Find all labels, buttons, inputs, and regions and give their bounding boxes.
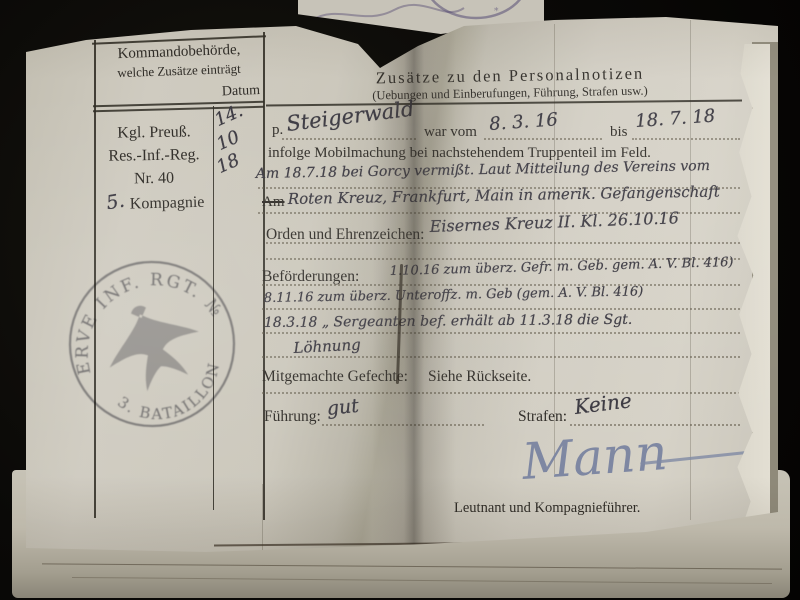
date-entry-day: 14. bbox=[211, 100, 246, 131]
gefechte-value: Siehe Rückseite. bbox=[428, 368, 531, 386]
torn-page-edge bbox=[726, 44, 770, 536]
date-entry-year: 18 bbox=[213, 149, 242, 178]
unit-line1: Kgl. Preuß. bbox=[98, 123, 210, 143]
bef-rule-1 bbox=[262, 284, 740, 286]
date-entry-month: 10 bbox=[213, 126, 242, 155]
befoerderung-entry-2: 8.11.16 zum überz. Unteroffz. m. Geb (ge… bbox=[264, 284, 644, 306]
fuehrung-rule bbox=[322, 424, 484, 426]
datum-column-label: Datum bbox=[202, 83, 261, 101]
bef-rule-4 bbox=[262, 356, 740, 358]
date-to-rule bbox=[632, 138, 740, 140]
photo-background: * Kommandobehörde, welche Zusätze einträ… bbox=[0, 0, 800, 600]
bis-label: bis bbox=[610, 124, 628, 141]
fuehrung-label: Führung: bbox=[264, 408, 321, 426]
unit-line3: Nr. 40 bbox=[98, 169, 210, 189]
date-to-handwritten: 18. 7. 18 bbox=[635, 105, 716, 132]
stamp-eagle-icon: RESERVE INF. RGT. № 109 3. BATAILLON bbox=[37, 229, 266, 458]
am-label-struck: Am bbox=[262, 194, 285, 211]
orden-rule bbox=[266, 242, 740, 244]
signature-role: Leutnant und Kompagnieführer. bbox=[454, 500, 640, 517]
date-from-handwritten: 8. 3. 16 bbox=[489, 109, 559, 135]
gefechte-rule bbox=[262, 392, 740, 394]
company-word: Kompagnie bbox=[130, 194, 205, 213]
bef-rule-3 bbox=[262, 332, 740, 334]
left-header-line2: welche Zusätze einträgt bbox=[96, 60, 262, 82]
unit-line2: Res.-Inf.-Reg. bbox=[96, 146, 212, 166]
company-line: 5. Kompagnie bbox=[100, 190, 213, 215]
gefechte-label: Mitgemachte Gefechte: bbox=[262, 368, 408, 386]
document-page: Kommandobehörde, welche Zusätze einträgt… bbox=[26, 14, 778, 558]
officer-signature: Mann bbox=[520, 423, 669, 491]
befoerderung-entry-4: Löhnung bbox=[293, 336, 361, 357]
bef-rule-2 bbox=[262, 308, 740, 310]
underpage-edge-line bbox=[72, 577, 772, 584]
company-number-handwritten: 5. bbox=[104, 190, 126, 215]
regiment-stamp: RESERVE INF. RGT. № 109 3. BATAILLON bbox=[37, 229, 266, 458]
fuehrung-handwritten: gut bbox=[326, 395, 360, 420]
war-vom-label: war vom bbox=[424, 124, 477, 141]
svg-text:*: * bbox=[494, 7, 499, 17]
date-from-rule bbox=[484, 138, 602, 140]
p-label: p. bbox=[272, 122, 283, 139]
befoerderung-entry-3: 18.3.18 „ Sergeanten bef. erhält ab 11.3… bbox=[264, 312, 632, 331]
underpage-edge-line bbox=[42, 563, 782, 569]
strafen-label: Strafen: bbox=[518, 408, 567, 426]
name-rule bbox=[282, 138, 416, 140]
